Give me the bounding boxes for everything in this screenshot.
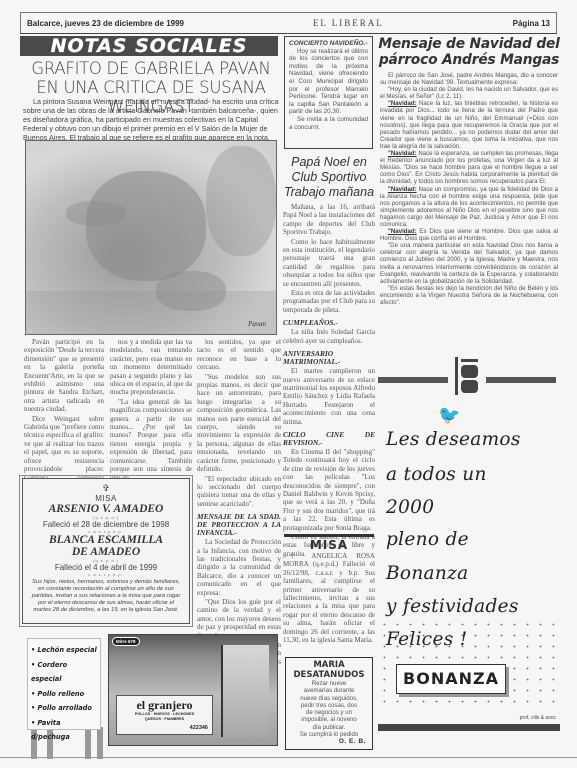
death-date-1: Falleció el 28 de diciembre de 1998	[23, 520, 189, 529]
misa-body: Sus hijos, nietos, hermanos, sobrinos y …	[23, 577, 189, 614]
keyword: "Navidad:	[388, 150, 417, 157]
concierto-box: CONCIERTO NAVIDEÑO.- Hoy se realizará el…	[284, 36, 373, 149]
deceased-name-1: ARSENIO V. AMADEO	[23, 503, 189, 515]
divider	[378, 724, 560, 731]
death-date-2: Falleció el 4 de abril de 1999	[23, 563, 189, 572]
signature: O. E. B.	[286, 738, 372, 745]
prayer-line: avemarías durante	[286, 687, 372, 694]
page-bottom-rule	[0, 757, 577, 758]
paragraph: Paván participó en la exposición "Desde …	[24, 338, 104, 414]
cumpleanos-heading: CUMPLEAÑOS.-	[283, 319, 375, 327]
aniversario-heading: ANIVERSARIO MATRIMONIAL.-	[283, 350, 375, 366]
paragraph: los sentidos, ya que el tacto es el sent…	[197, 338, 281, 372]
paragraph: "Navidad: Nace la esperanza, se cumplen …	[380, 150, 558, 185]
bonanza-ad: 🐦 Les deseamos a todos un 2000 pleno de …	[378, 357, 560, 747]
article-column-3: los sentidos, ya que el tacto es el sent…	[197, 338, 281, 676]
sign-item: • Lechón especial	[31, 643, 97, 658]
paragraph: Como lo hace habitualmente en esta insti…	[283, 238, 375, 288]
misa-morra-heading: MISA	[284, 534, 374, 552]
maria-heading: MARIA	[286, 660, 372, 670]
mensaje-body: El párroco de San José, padre Andrés Man…	[380, 72, 558, 306]
prayer-closing: Se cumplirá lo pedido	[286, 731, 372, 738]
prayer-line: de negocios y un	[286, 709, 372, 716]
maria-heading: DESATANUDOS	[286, 670, 372, 680]
prayer-line: Rezar nueve	[286, 680, 372, 687]
artwork-image: Pavan	[25, 140, 277, 335]
paragraph: En Cinema II del "shopping" Toledo conti…	[283, 448, 375, 532]
paragraph: "Navidad: Nace la luz, las tinieblas ret…	[380, 100, 558, 150]
divider	[486, 377, 556, 383]
cross-icon: ✞	[23, 483, 189, 494]
middle-column: Mañana, a las 16, arribará Papá Noel a l…	[283, 203, 375, 559]
sign-item: • Pavita d/pechuga	[31, 716, 97, 745]
granjero-storefront-photo: Mitre 678 el granjero POLLOS · HUEVOS · …	[108, 634, 278, 746]
papa-noel-title: Papá Noel en Club Sportivo Trabajo mañan…	[282, 155, 376, 200]
paragraph: "Navidad: Nace un compromiso, ya que la …	[380, 186, 558, 229]
misa-morra-text: † ANGELICA ROSA MORRA (q.e.p.d.) Falleci…	[283, 552, 375, 645]
keyword: "Navidad:	[388, 186, 417, 193]
greeting-line: a todos un	[386, 464, 561, 485]
greeting-line: 2000	[386, 497, 561, 518]
paragraph: Se invita a la comunidad a concurrir.	[289, 116, 368, 131]
keyword: "Navidad:	[388, 100, 417, 107]
divider	[378, 377, 448, 383]
paragraph: "El espectador ubicado en lo seccionado …	[197, 475, 281, 509]
paragraph: "Navidad: Es Dios que viene al Hombre. D…	[380, 228, 558, 242]
sign-item: • Cordero especial	[31, 658, 97, 687]
greeting-line: y festividades	[386, 596, 561, 617]
address-badge: Mitre 678	[112, 637, 140, 646]
page-number: Página 13	[513, 19, 550, 28]
masthead: Balcarce, jueves 23 de diciembre de 1999…	[20, 12, 557, 34]
bonanza-logo-icon	[455, 357, 480, 395]
misa-notice-amadeo: ✞ MISA ARSENIO V. AMADEO (q.e.p.d.) Fall…	[22, 478, 190, 624]
prayer-line: día publicar.	[286, 724, 372, 731]
paper-name: EL LIBERAL	[313, 18, 384, 28]
sign-item: • Pollo relleno	[31, 687, 97, 702]
paragraph: Mañana, a las 16, arribará Papá Noel a l…	[283, 203, 375, 237]
products-line: QUESOS · FIAMBRES	[117, 717, 212, 722]
keyword: "Navidad:	[388, 228, 417, 235]
artwork-signature: Pavan	[248, 320, 266, 328]
paragraph: Hoy se realizará el último de los concie…	[289, 48, 368, 116]
phone-number: 422346	[190, 725, 208, 731]
cine-heading: CICLO CINE DE REVISION.-	[283, 431, 375, 447]
brand-name: el granjero	[117, 698, 212, 712]
granjero-sign-ad: • Lechón especial • Cordero especial • P…	[23, 632, 108, 745]
store-sign: el granjero POLLOS · HUEVOS · LECHONES Q…	[116, 695, 213, 735]
deceased-name-2a: BLANCA ESCAMILLA	[23, 534, 189, 546]
paragraph: "Hoy, en la ciudad de David, les ha naci…	[380, 86, 558, 100]
paragraph: † ANGELICA ROSA MORRA (q.e.p.d.) Falleci…	[283, 552, 375, 644]
dateline: Balcarce, jueves 23 de diciembre de 1999	[27, 19, 184, 28]
prayer-line: imposible, al noveno	[286, 716, 372, 723]
paragraph: Esta es otra de las actividades programa…	[283, 289, 375, 314]
paragraph: El párroco de San José, padre Andrés Man…	[380, 72, 558, 86]
concierto-heading: CONCIERTO NAVIDEÑO.-	[289, 40, 368, 48]
deceased-name-2b: DE AMADEO	[23, 546, 189, 558]
article-column-2: nos y a medida que las va modelando, van…	[110, 338, 192, 483]
newspaper-page: Balcarce, jueves 23 de diciembre de 1999…	[20, 12, 560, 752]
ad-credit: prof, cills & asoc	[520, 715, 556, 721]
paragraph: El martes cumplieron un nuevo aniversari…	[283, 367, 375, 426]
article-column-1: Paván participó en la exposición "Desde …	[24, 338, 104, 491]
main-lead: La pintora Susana Weingast -nacida en nu…	[23, 97, 281, 142]
paragraph: "De una manera particular en esta Navida…	[380, 242, 558, 285]
misa-label: MISA	[23, 494, 189, 503]
store-door	[221, 645, 269, 737]
proteccion-heading: MENSAJE DE LA SDAD. DE PROTECCION A LA I…	[197, 513, 281, 537]
greeting-line: pleno de	[386, 529, 561, 550]
prayer-line: nueve días seguidos,	[286, 695, 372, 702]
paragraph: "En estas fiestas les dejo la bendición …	[380, 285, 558, 306]
sign-item: • Pollo arrollado	[31, 701, 97, 716]
paragraph: La Sociedad de Protección a la Infancia,…	[197, 538, 281, 597]
mensaje-title: Mensaje de Navidad del párroco Andrés Ma…	[378, 37, 560, 68]
bonanza-sign: BONANZA	[396, 664, 506, 694]
section-banner: NOTAS SOCIALES	[20, 36, 278, 56]
maria-desatanudos-box: MARIA DESATANUDOS Rezar nueve avemarías …	[285, 657, 373, 750]
paragraph: nos y a medida que las va modelando, van…	[110, 338, 192, 397]
paragraph: "Sus modelos son sus propias manos, es d…	[197, 373, 281, 474]
sign-board: • Lechón especial • Cordero especial • P…	[27, 638, 101, 730]
paragraph: "La idea general de las magníficas compo…	[110, 398, 192, 482]
paragraph: La niña Inés Soledad García celebró ayer…	[283, 328, 375, 345]
greeting-line: Les deseamos	[386, 429, 561, 450]
prayer-line: pedir tres cosas, dos	[286, 702, 372, 709]
bird-icon: 🐦	[438, 405, 460, 426]
greeting-line: Bonanza	[386, 563, 561, 584]
text: Nace un compromiso, ya que la fidelidad …	[380, 186, 558, 228]
text: Nace la luz, las tinieblas retroceden, l…	[380, 100, 558, 150]
